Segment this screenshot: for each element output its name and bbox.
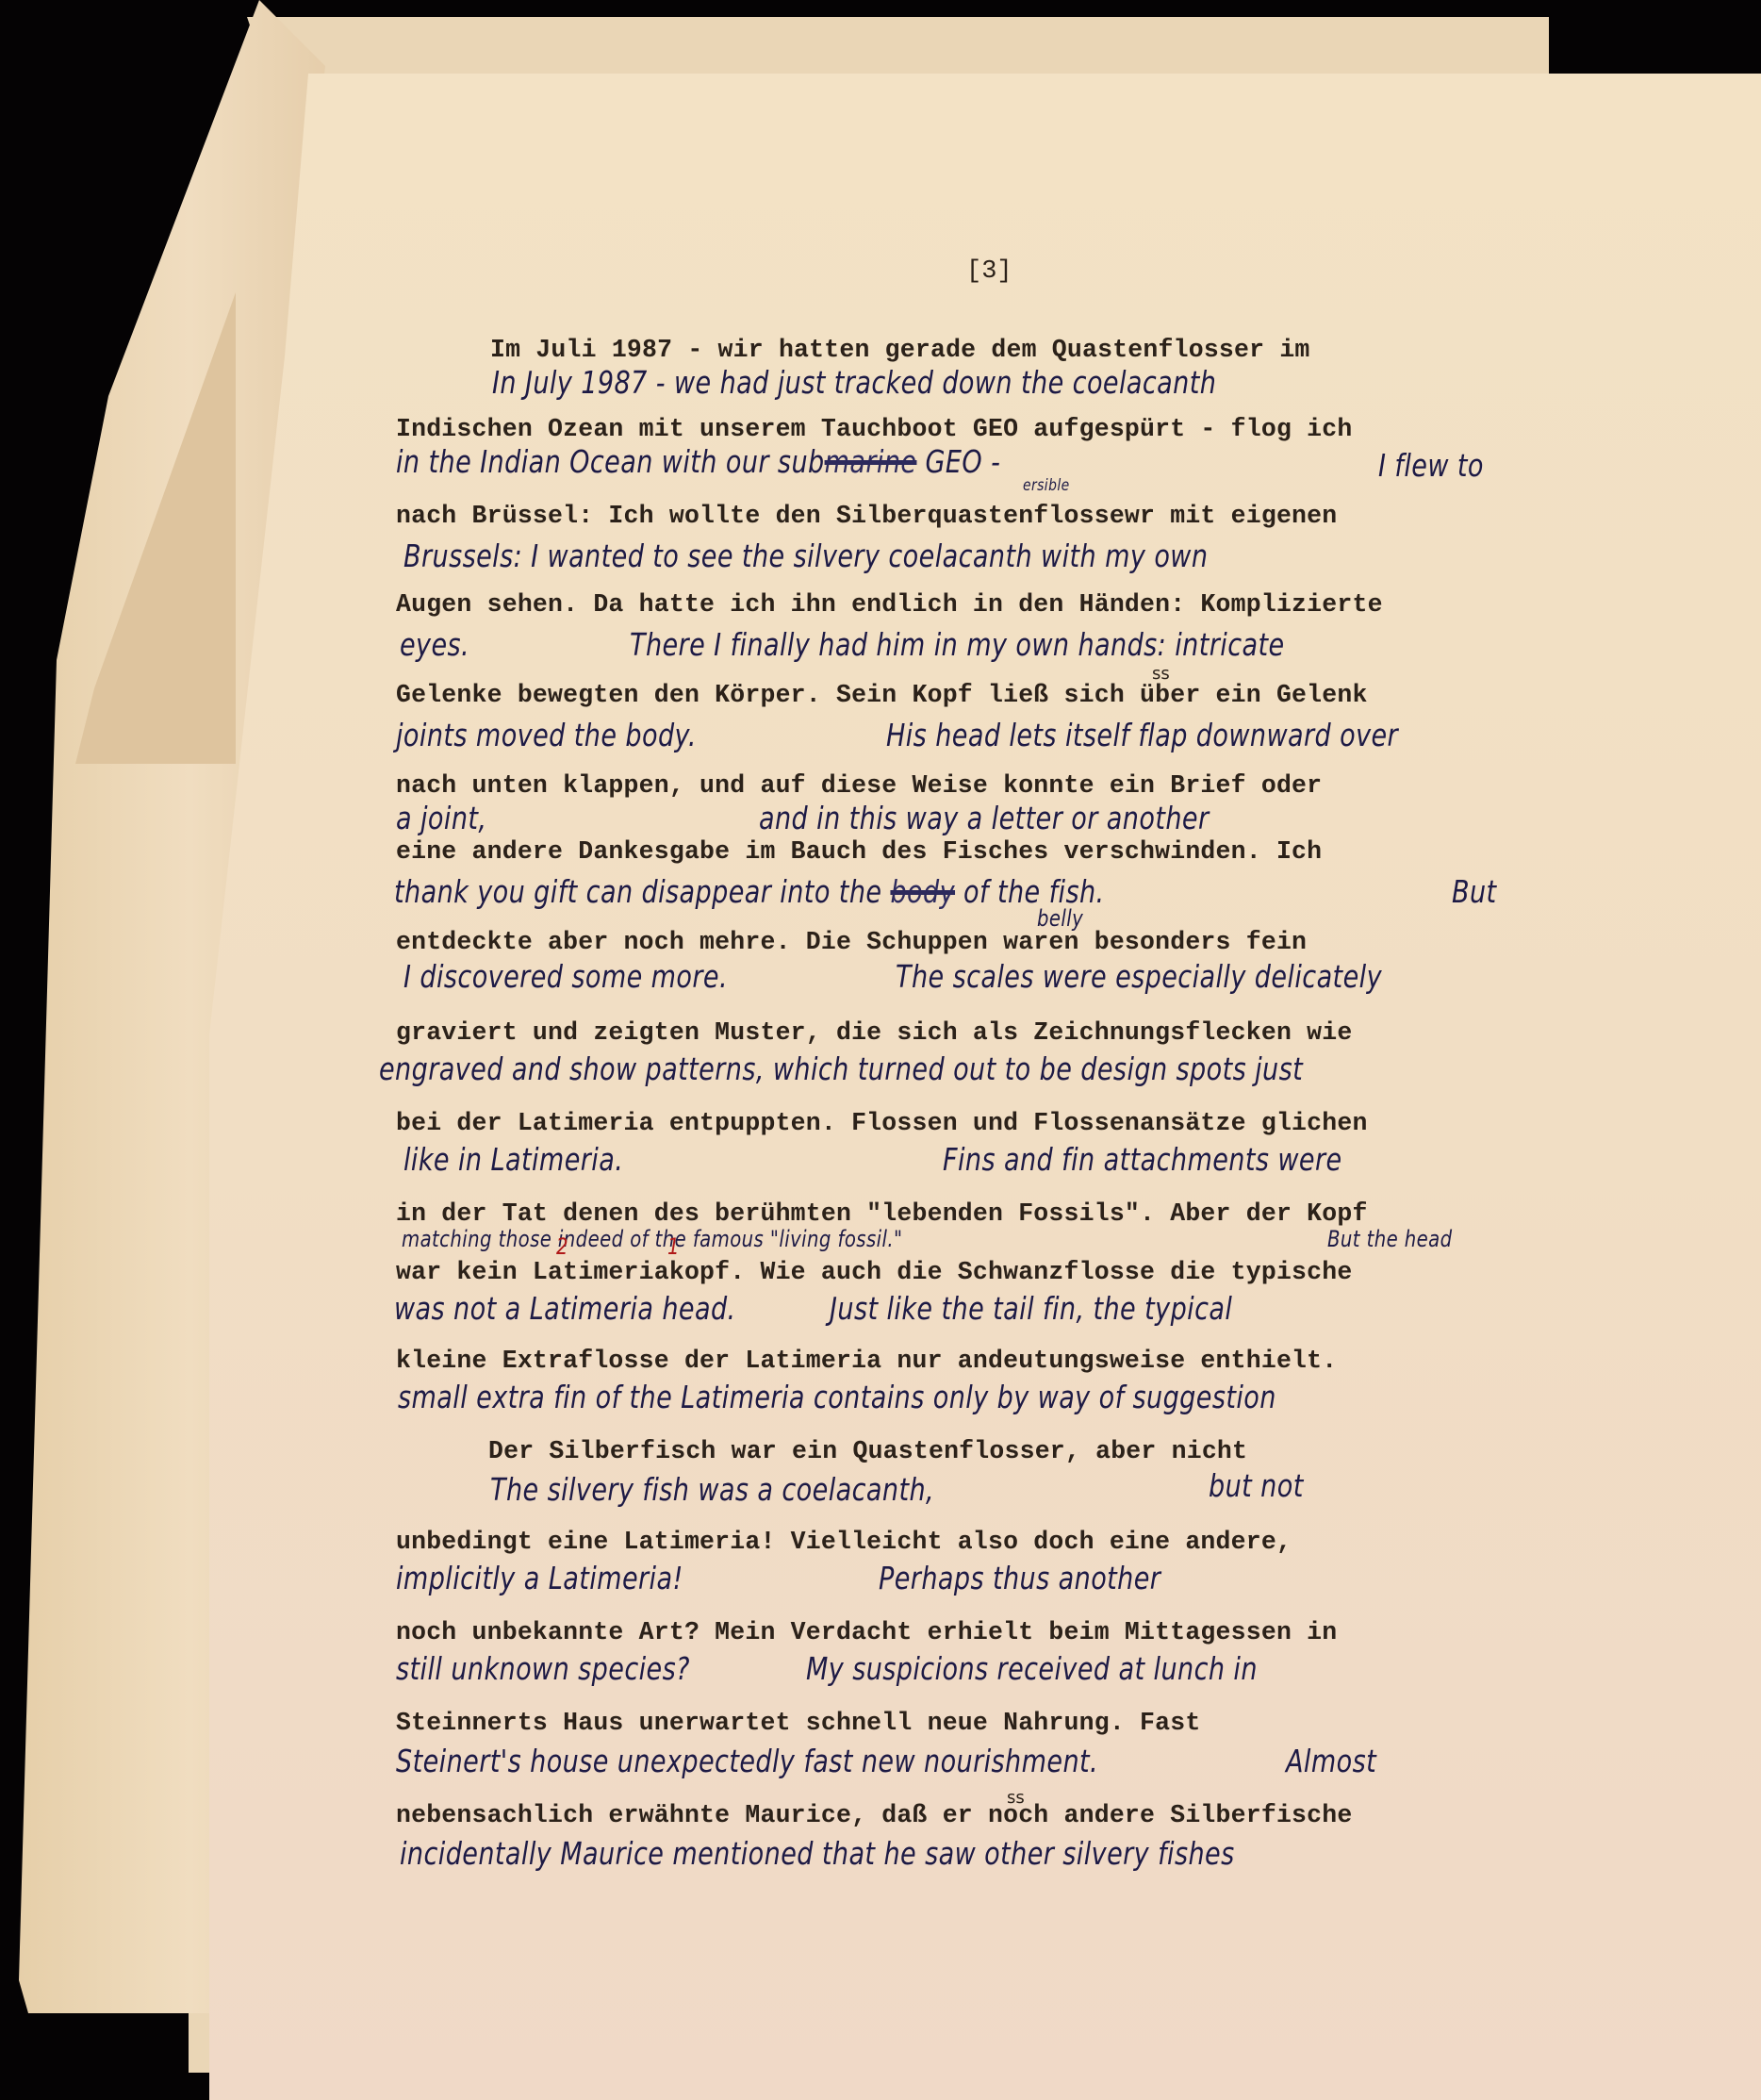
- handwritten-line-10: Fins and fin attachments were: [943, 1141, 1342, 1178]
- handwritten-line-16-left: still unknown species?: [396, 1650, 690, 1687]
- hand-text-after: GEO -: [916, 443, 1000, 480]
- handwritten-line-7-right: But: [1452, 873, 1497, 910]
- typed-line-3: nach Brüssel: Ich wollte den Silberquast…: [396, 502, 1337, 530]
- struck-word: marine: [825, 443, 917, 480]
- typed-line-5: Gelenke bewegten den Körper. Sein Kopf l…: [396, 681, 1368, 709]
- handwritten-line-5-left: joints moved the body.: [396, 717, 697, 753]
- handwritten-line-13: small extra fin of the Latimeria contain…: [398, 1379, 1276, 1415]
- typed-line-9: graviert und zeigten Muster, die sich al…: [396, 1018, 1352, 1047]
- typed-line-4: Augen sehen. Da hatte ich ihn endlich in…: [396, 590, 1383, 619]
- typed-line-6: nach unten klappen, und auf diese Weise …: [396, 771, 1322, 800]
- hand-text: in the Indian Ocean with our sub: [396, 443, 825, 480]
- handwritten-line-9: engraved and show patterns, which turned…: [379, 1050, 1303, 1087]
- handwritten-line-18: incidentally Maurice mentioned that he s…: [400, 1835, 1235, 1872]
- typed-line-16: noch unbekannte Art? Mein Verdacht erhie…: [396, 1618, 1337, 1646]
- typed-line-18: nebensachlich erwähnte Maurice, daß er n…: [396, 1801, 1352, 1829]
- typed-line-8: entdeckte aber noch mehre. Die Schuppen …: [396, 928, 1307, 956]
- typed-line-10: bei der Latimeria entpuppten. Flossen un…: [396, 1109, 1368, 1137]
- typed-line-1: Im Juli 1987 - wir hatten gerade dem Qua…: [490, 336, 1310, 364]
- handwritten-line-10-left: like in Latimeria.: [403, 1141, 623, 1178]
- red-correction-mark: 1: [667, 1233, 680, 1260]
- typed-line-7: eine andere Dankesgabe im Bauch des Fisc…: [396, 837, 1322, 866]
- inserted-correction: ersible: [1023, 476, 1070, 495]
- typed-line-15: unbedingt eine Latimeria! Vielleicht als…: [396, 1528, 1292, 1556]
- typed-line-11: in der Tat denen des berühmten "lebenden…: [396, 1199, 1368, 1228]
- hand-text: thank you gift can disappear into the: [394, 873, 881, 910]
- struck-word: body: [890, 873, 955, 910]
- handwritten-line-16: My suspicions received at lunch in: [806, 1650, 1258, 1687]
- typed-line-17: Steinnerts Haus unerwartet schnell neue …: [396, 1709, 1200, 1737]
- handwritten-line-8-left: I discovered some more.: [403, 958, 728, 995]
- handwritten-line-11: matching those indeed of the famous "liv…: [402, 1226, 903, 1252]
- handwritten-line-11-right: But the head: [1327, 1226, 1453, 1252]
- typed-line-12: war kein Latimeriakopf. Wie auch die Sch…: [396, 1258, 1352, 1286]
- handwritten-line-2-right: I flew to: [1378, 447, 1484, 484]
- handwritten-line-3: Brussels: I wanted to see the silvery co…: [403, 537, 1208, 574]
- handwritten-line-7: thank you gift can disappear into the bo…: [394, 873, 1105, 910]
- page-number: [3]: [966, 257, 1012, 286]
- handwritten-line-17-right: Almost: [1286, 1743, 1376, 1779]
- typed-line-14: Der Silberfisch war ein Quastenflosser, …: [488, 1437, 1247, 1465]
- typed-line-13: kleine Extraflosse der Latimeria nur and…: [396, 1347, 1337, 1375]
- typed-line-2: Indischen Ozean mit unserem Tauchboot GE…: [396, 415, 1352, 443]
- handwritten-line-15: Perhaps thus another: [879, 1560, 1160, 1596]
- handwritten-line-4-left: eyes.: [400, 626, 469, 663]
- handwritten-line-8: The scales were especially delicately: [896, 958, 1382, 995]
- handwritten-line-1: In July 1987 - we had just tracked down …: [492, 364, 1216, 401]
- handwritten-line-5: His head lets itself flap downward over: [886, 717, 1398, 753]
- handwritten-line-6: and in this way a letter or another: [759, 800, 1209, 836]
- handwritten-line-6-left: a joint,: [396, 800, 486, 836]
- handwritten-line-15-left: implicitly a Latimeria!: [396, 1560, 683, 1596]
- handwritten-line-14-right: but not: [1209, 1467, 1304, 1504]
- handwritten-line-4: There I finally had him in my own hands:…: [630, 626, 1285, 663]
- handwritten-line-2: in the Indian Ocean with our submarine G…: [396, 443, 1000, 480]
- handwritten-line-12-left: was not a Latimeria head.: [394, 1290, 736, 1327]
- handwritten-line-12: Just like the tail fin, the typical: [830, 1290, 1232, 1327]
- handwritten-line-17: Steinert's house unexpectedly fast new n…: [396, 1743, 1098, 1779]
- handwritten-line-14: The silvery fish was a coelacanth,: [490, 1471, 934, 1508]
- curl-shadow: [75, 292, 236, 764]
- red-correction-mark: 2: [556, 1233, 568, 1260]
